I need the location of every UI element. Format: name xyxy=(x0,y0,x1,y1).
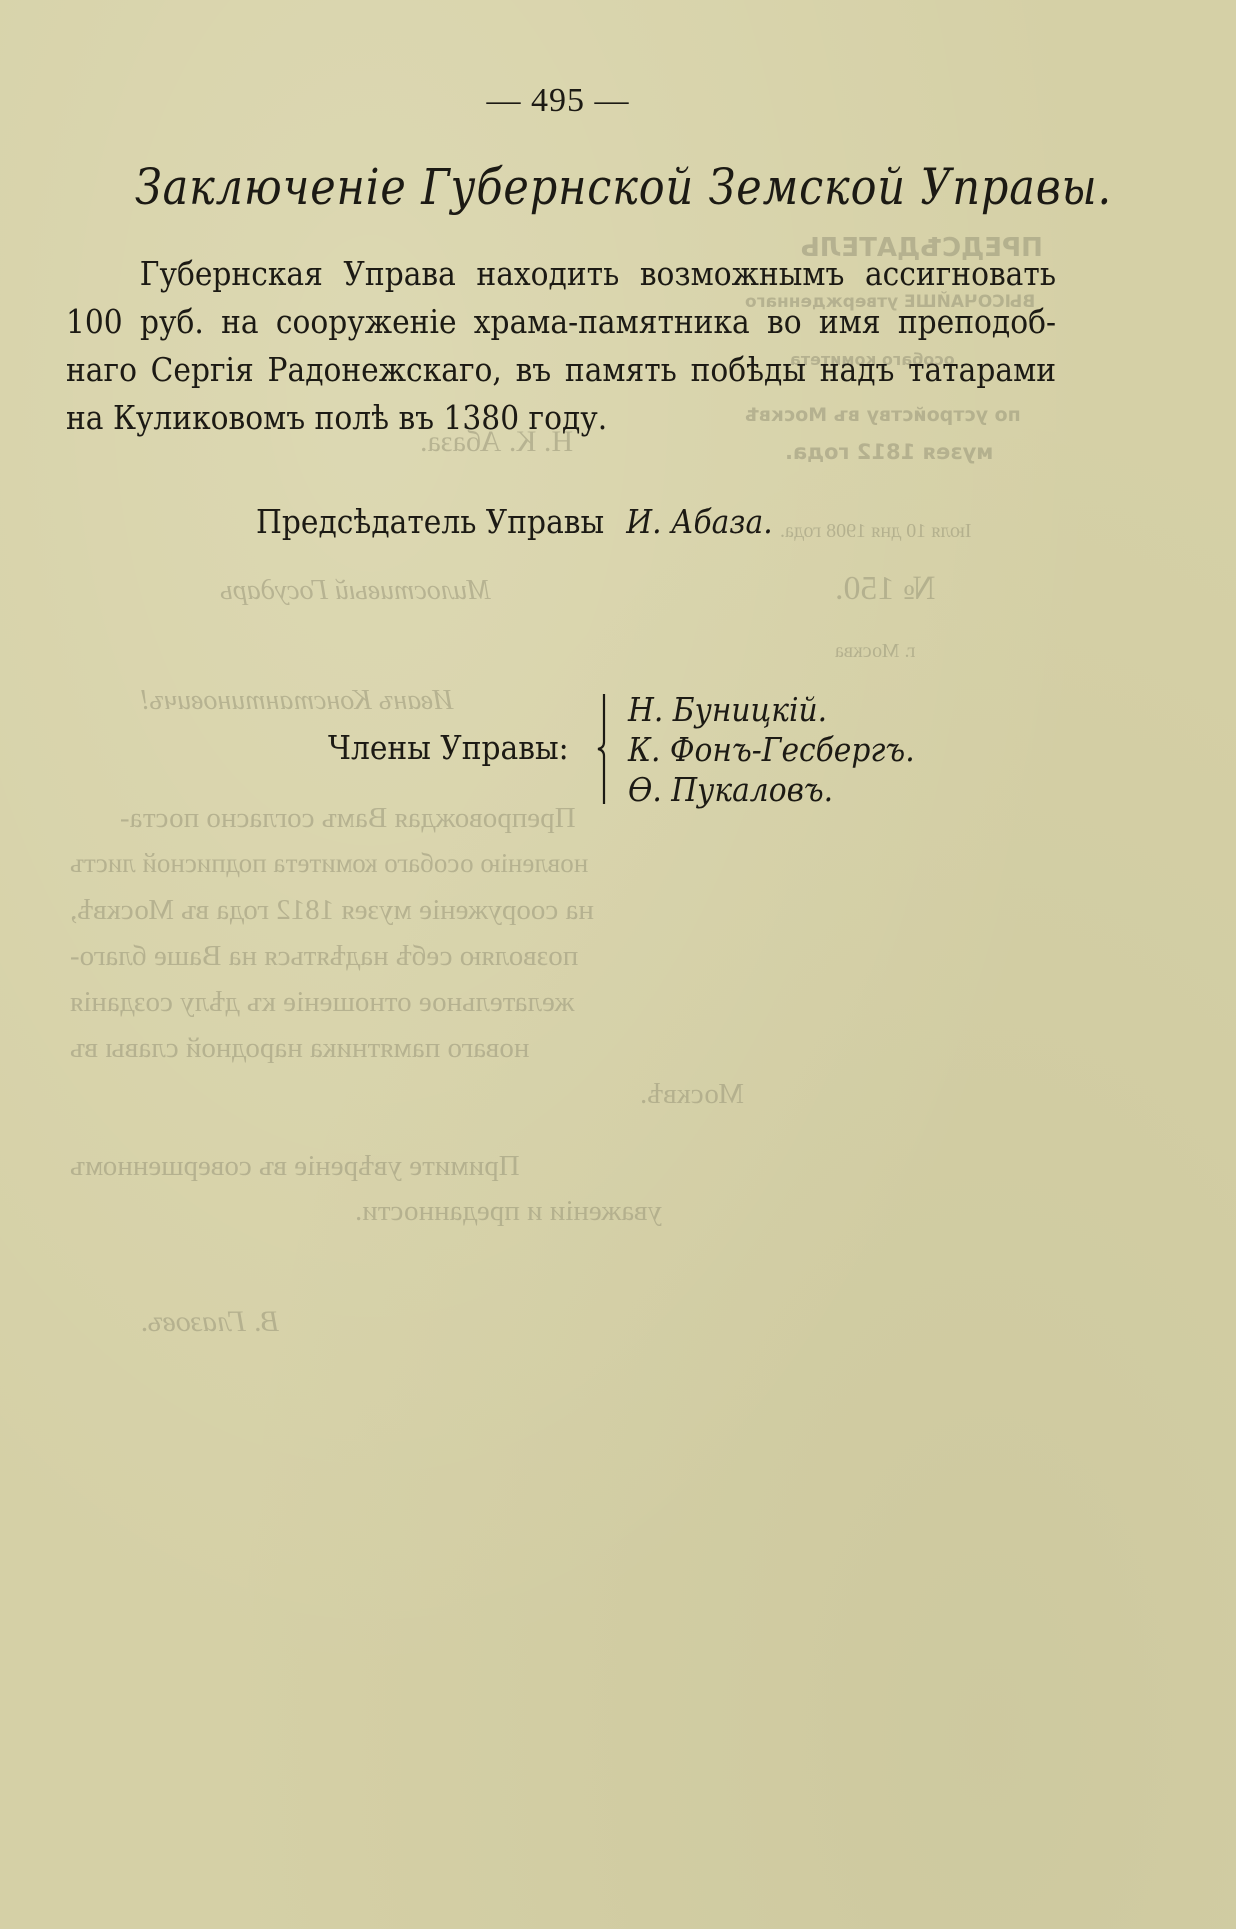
section-heading: Заключеніе Губернской Земской Управы. xyxy=(135,158,1112,216)
body-line: Губернская Управа находить возможнымъ ас… xyxy=(66,250,1056,298)
bleed-place: г. Москва xyxy=(835,640,915,663)
body-line: 100 руб. на сооруженіе храма-памятника в… xyxy=(66,298,1056,346)
page-number: — 495 — xyxy=(0,82,1116,120)
bleed-greeting-2: Иванъ Константиновичъ! xyxy=(140,685,453,717)
bleed-number: № 150. xyxy=(835,570,935,608)
body-line: на Куликовомъ полѣ въ 1380 году. xyxy=(66,394,1056,442)
body-paragraph: Губернская Управа находить возможнымъ ас… xyxy=(66,250,957,442)
bleed-letter-line: желательное отношеніе къ дѣлу созданія xyxy=(70,986,574,1019)
bleed-letter-line: Примите увѣреніе въ совершенномъ xyxy=(70,1150,520,1183)
bleed-letterhead-line: музея 1812 года. xyxy=(785,440,993,464)
chairman-name: И. Абаза. xyxy=(626,502,772,541)
bleed-letter-line: новленію особаго комитета подписной лист… xyxy=(70,848,588,879)
member-name: К. Фонъ-Гесбергъ. xyxy=(628,730,915,770)
bleed-letter-line: новаго памятника народной славы въ xyxy=(70,1032,529,1065)
bleed-letter-line: Москвѣ. xyxy=(640,1078,744,1111)
curly-brace-icon xyxy=(590,690,610,808)
bleed-letter-line: уваженіи и преданности. xyxy=(355,1195,662,1228)
bleed-date: Іюля 10 дня 1908 года. xyxy=(780,520,972,543)
member-name: Ѳ. Пукаловъ. xyxy=(628,770,915,810)
chairman-signature: Предсѣдатель Управы И. Абаза. xyxy=(256,502,773,541)
bleed-letter-line: позволяю себѣ надѣяться на Ваше благо- xyxy=(70,940,578,973)
scanned-page: ПРЕДСѢДАТЕЛЬ ВЫСОЧАЙШЕ утвержденнаго осо… xyxy=(0,0,1236,1929)
member-list: Н. Буницкій. К. Фонъ-Гесбергъ. Ѳ. Пукало… xyxy=(628,690,946,810)
bleed-signature: В. Глазовъ. xyxy=(140,1305,279,1339)
bleed-letter-line: на сооруженіе музея 1812 года въ Москвѣ, xyxy=(70,894,594,927)
bleed-letter-line: Препровождая Вамъ согласно поста- xyxy=(120,802,576,835)
chairman-label: Предсѣдатель Управы xyxy=(256,502,604,541)
member-name: Н. Буницкій. xyxy=(628,690,915,730)
bleed-greeting: Милостивый Государь xyxy=(220,575,491,607)
body-line: наго Сергія Радонежскаго, въ память побѣ… xyxy=(66,346,1056,394)
members-label: Члены Управы: xyxy=(328,728,569,767)
